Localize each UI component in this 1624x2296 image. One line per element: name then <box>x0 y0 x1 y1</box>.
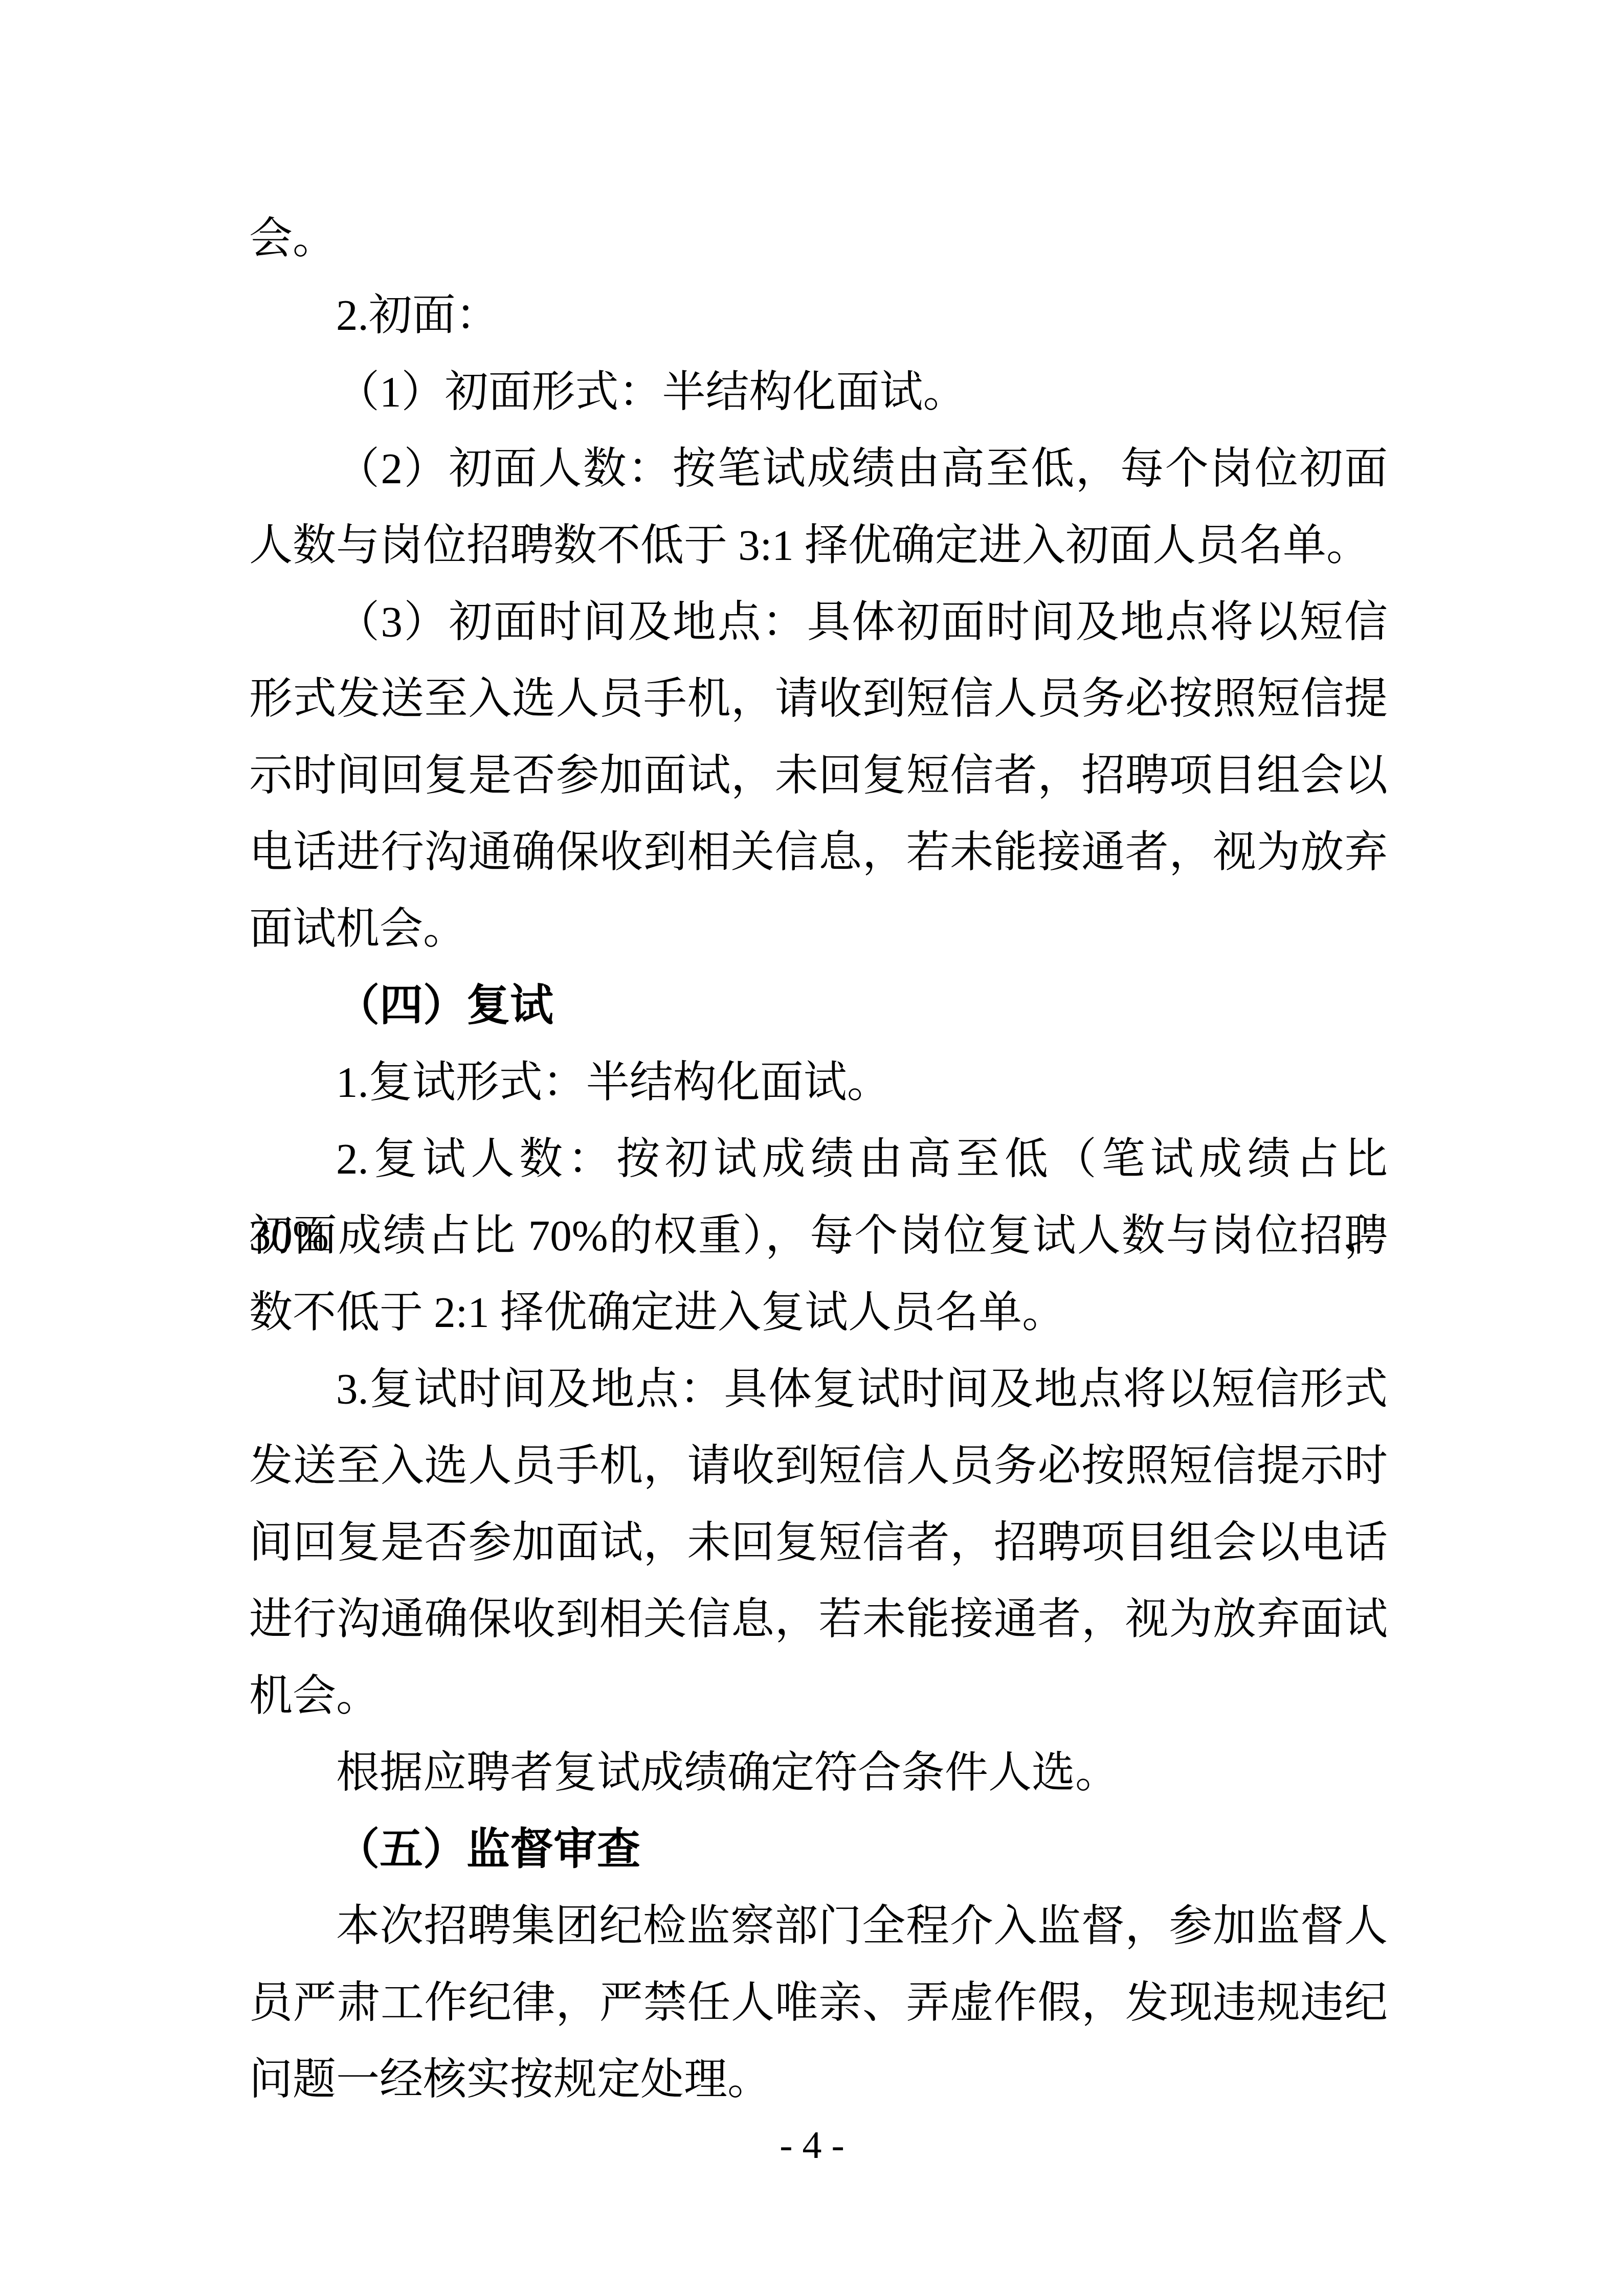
text-line: 1.复试形式：半结构化面试。 <box>249 1044 1388 1121</box>
text-line: 数不低于 2:1 择优确定进入复试人员名单。 <box>249 1274 1388 1351</box>
text-line: 根据应聘者复试成绩确定符合条件人选。 <box>249 1735 1388 1811</box>
text-line: 电话进行沟通确保收到相关信息，若未能接通者，视为放弃 <box>249 814 1388 891</box>
text-line: 问题一经核实按规定处理。 <box>249 2041 1388 2118</box>
text-line: （四）复试 <box>249 967 1388 1044</box>
page-number: - 4 - <box>0 2109 1624 2181</box>
text-line: 员严肃工作纪律，严禁任人唯亲、弄虚作假，发现违规违纪 <box>249 1965 1388 2041</box>
text-line: 进行沟通确保收到相关信息，若未能接通者，视为放弃面试 <box>249 1581 1388 1658</box>
text-line: （1）初面形式：半结构化面试。 <box>249 354 1388 431</box>
text-line: 会。 <box>249 200 1388 277</box>
body-text: 会。2.初面：（1）初面形式：半结构化面试。（2）初面人数：按笔试成绩由高至低，… <box>249 200 1388 2118</box>
text-line: 间回复是否参加面试，未回复短信者，招聘项目组会以电话 <box>249 1504 1388 1581</box>
text-line: 面试机会。 <box>249 891 1388 967</box>
text-line: （2）初面人数：按笔试成绩由高至低，每个岗位初面 <box>249 431 1388 507</box>
text-line: （3）初面时间及地点：具体初面时间及地点将以短信 <box>249 584 1388 661</box>
text-line: 形式发送至入选人员手机，请收到短信人员务必按照短信提 <box>249 661 1388 737</box>
text-line: 人数与岗位招聘数不低于 3:1 择优确定进入初面人员名单。 <box>249 507 1388 584</box>
text-line: （五）监督审查 <box>249 1811 1388 1888</box>
text-line: 2.复试人数：按初试成绩由高至低（笔试成绩占比 30%， <box>249 1121 1388 1198</box>
document-page: 会。2.初面：（1）初面形式：半结构化面试。（2）初面人数：按笔试成绩由高至低，… <box>0 0 1624 2296</box>
text-line: 发送至入选人员手机，请收到短信人员务必按照短信提示时 <box>249 1428 1388 1504</box>
text-line: 机会。 <box>249 1658 1388 1735</box>
text-line: 3.复试时间及地点：具体复试时间及地点将以短信形式 <box>249 1351 1388 1428</box>
text-line: 2.初面： <box>249 277 1388 354</box>
text-line: 初面成绩占比 70%的权重），每个岗位复试人数与岗位招聘 <box>249 1198 1388 1274</box>
text-line: 本次招聘集团纪检监察部门全程介入监督，参加监督人 <box>249 1888 1388 1965</box>
text-line: 示时间回复是否参加面试，未回复短信者，招聘项目组会以 <box>249 737 1388 814</box>
